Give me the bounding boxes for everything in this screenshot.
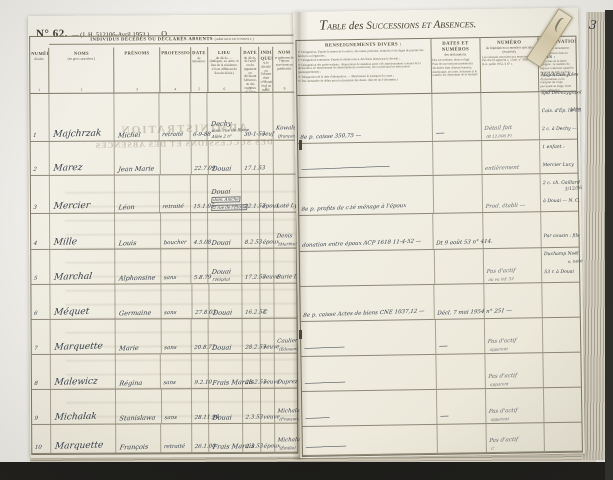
death-place: Douai (209, 414, 242, 421)
cell-liquidation-number: Prod. établi — (483, 174, 541, 212)
header-label: DATE (192, 50, 206, 56)
cell-birthdate: 27.8.03 (192, 284, 209, 318)
cell-surname: Malewicz (51, 355, 116, 389)
right-header-fineprint: 5° Des demandes de délais pour le payeme… (298, 78, 430, 84)
observation-line: Mercier Lucy (542, 153, 579, 172)
cell-profession: retraité (160, 93, 191, 140)
cell-divers-info: 8e p. caisse 350,75 — (297, 94, 432, 143)
death-place: Frais Marais (209, 443, 243, 450)
cell-profession: sans (161, 249, 192, 283)
cell-order-number: 2 (31, 142, 50, 175)
observation-text: apd Demizygopol (541, 91, 581, 97)
table-row: 10MarquetteFrançoisretraité26.1.00Frais … (32, 424, 297, 454)
observation-line: Majchrzak Jules (541, 63, 581, 82)
death-place: Douai (209, 309, 242, 316)
firstname: Marie (116, 344, 161, 352)
surname: Mercier (50, 201, 115, 212)
death-date: 2.3.53 (243, 444, 261, 450)
header-col-number: 4 (160, 87, 190, 91)
cell-order-number: 6 (31, 285, 50, 319)
cell-birthdate: 6-9-88 (190, 93, 207, 140)
liquidation-note: entièrement (483, 164, 540, 172)
header-col-number: 1 (30, 88, 48, 92)
observation-text: 2 c. à Dechy — (542, 127, 577, 133)
marital-status: veuve (261, 380, 275, 386)
cell-divers-info: ————— (301, 355, 436, 391)
right-table: RENSEIGNEMENTS DIVERS :1° Désignation, d… (295, 36, 583, 457)
order-number: 1 (31, 133, 49, 139)
cell-marital-status: veuf (259, 93, 273, 140)
cell-birthdate: 20.8.77 (192, 319, 209, 353)
cell-surname: Marquette (50, 320, 115, 354)
header-subtext: du décès. — (Indiquer, en outre, le lieu… (209, 56, 240, 75)
observation-text: 53 r. à Douai (544, 270, 574, 275)
header-label: NUMÉROS (31, 51, 47, 57)
header-col-number: 2 (49, 88, 114, 92)
birthdate: 27.8.03 (192, 310, 209, 316)
header-col-number: 8 (260, 87, 273, 91)
table-row: 8e p. caisse Actes de biens CNE 1037,12 … (300, 283, 580, 322)
cell-declaration-date: — (432, 93, 483, 141)
firstname: François (116, 443, 161, 451)
table-row: 8e p. caisse 350,75 ——Détail fait(B 12.0… (297, 92, 577, 144)
group-header: INDIVIDUS DÉCÉDÉS OU DÉCLARÉS ABSENTS (a… (49, 37, 295, 45)
cell-death-place: Douail'Hôpital (209, 249, 243, 283)
cell-order-number: 1 (30, 94, 49, 141)
header-col-5: DATEde naissance.5 (191, 47, 208, 92)
profession: retraité (160, 204, 190, 210)
table-row: donation entre époux ACP 1618 11-4-52 —D… (299, 212, 579, 252)
observation-text: Par cousin : fils (544, 234, 580, 240)
liquidation-note-2: apparent (486, 346, 543, 353)
cell-death-place: Douai (209, 389, 243, 423)
marital-status: veuve (261, 415, 275, 421)
birthdate: 5.8.79 (192, 275, 209, 281)
header-col-1: NUMÉROSd'ordre.1 (30, 48, 49, 93)
observation-line: 2 c. à Dechy — (542, 117, 582, 136)
cell-declaration-date: Dt 9 août 53 n° 414. (434, 213, 485, 249)
cell-declaration-date (433, 141, 483, 175)
cell-liquidation-number (484, 212, 542, 248)
registry-left-page: N° 62. — (J. H. 512106-Avril 1953.) O. A… (28, 15, 300, 458)
cell-marital-status: époux (260, 213, 274, 248)
birthdate: 6-9-88 (191, 132, 208, 138)
cell-firstname: François (116, 424, 162, 452)
profession: sans (162, 415, 192, 421)
cell-death-place: Douaidom. Aniche2 rue de l'Étoile (208, 175, 242, 212)
cell-liquidation-number: Détail fait(B 12.000 F) (482, 92, 541, 140)
divers-info: 8e p. caisse Actes de biens CNE 1037,12 … (301, 309, 435, 319)
liquidation-note: Pas d'actif (487, 437, 544, 445)
header-col-8: INDI-QUERsi le décédé ou l'absent était … (259, 47, 273, 92)
cell-order-number: 10 (32, 425, 51, 453)
death-place: Douai (209, 239, 242, 246)
cell-liquidation-number: Pas d'actifau vu inf. 53 (484, 248, 542, 283)
cell-divers-info: 8e p. caisse Actes de biens CNE 1037,12 … (300, 285, 435, 321)
cell-profession: retraité (160, 175, 191, 212)
death-place: Frais Marais (209, 379, 243, 386)
profession: sans (161, 275, 191, 281)
observation-line: apd Demizygopol (541, 81, 581, 100)
observation-lines: 1 fils :Majchrzak Julesapd DemizygopolCa… (541, 45, 583, 136)
right-header-fineprint: Pour les successions (mutations) déclaré… (432, 63, 479, 78)
death-place-note: l'Hôpital (209, 277, 242, 282)
divers-info: ——————————— (299, 161, 433, 175)
margin-note: v. note (568, 259, 583, 265)
cell-birthdate: 26.1.00 (192, 424, 209, 452)
cell-divers-info: ——————————— (298, 142, 433, 177)
order-number: 2 (31, 167, 49, 173)
surname: Majchrzak (49, 129, 114, 140)
cell-divers-info: ————— (303, 425, 438, 455)
cell-death-date: 2.3.53 (243, 424, 261, 452)
table-row: 3MercierLéonretraité15.1.05Douaidom. Ani… (31, 175, 296, 214)
cell-liquidation-number: Pas d'actifapparent (486, 353, 544, 388)
header-col-number: 7 (242, 87, 259, 91)
order-number: 9 (32, 416, 50, 422)
liquidation-note-2: C (487, 445, 544, 452)
cell-declaration-date (434, 249, 484, 284)
cell-death-date: 17.2.53 (242, 249, 260, 283)
cell-divers-info: ——— (302, 390, 437, 426)
divers-info: ————— (303, 439, 437, 453)
declaration-date: — (436, 341, 486, 352)
firstname: Jean Marie (115, 165, 160, 173)
cell-death-place: Douai (209, 284, 243, 318)
table-row: 4MilleLouisboucher4.5.08Douai8.2.53époux… (31, 213, 296, 250)
death-date: 22.1.53 (242, 204, 260, 210)
birthdate: 9.2.10 (192, 380, 209, 386)
table-row: 7MarquetteMariesans20.8.77Douai28.2.53ve… (32, 319, 297, 355)
death-date: 2.3.53 (243, 415, 261, 421)
observation-text: à Douai — N. C. (543, 199, 580, 205)
surname: Michalak (51, 412, 116, 423)
cell-declaration-date: — (435, 319, 485, 354)
group-header-note: (administrativement.) (215, 37, 254, 41)
cell-liquidation-number (485, 283, 543, 318)
cell-order-number: 8 (32, 355, 51, 389)
firstname: Germaine (116, 309, 161, 317)
cell-birthdate: 15.1.05 (191, 175, 208, 212)
death-date: 16.2.53 (243, 310, 261, 316)
table-row: 8e p. profits de c.té ménage à l'épouxPr… (299, 174, 579, 216)
order-number: 7 (32, 346, 50, 352)
cell-marital-status (260, 141, 274, 174)
cell-birthdate: 5.8.79 (192, 249, 209, 283)
cell-firstname: Jean Marie (115, 141, 161, 174)
marital-status: veuve (261, 345, 275, 351)
table-row: 1MajchrzakMichelretraité6-9-88Dechydom. … (30, 93, 295, 142)
header-subtext: de naissance. (192, 57, 206, 65)
liquidation-note: Prod. établi — (483, 202, 540, 210)
cell-death-place: Frais Marais (209, 424, 243, 452)
declaration-date: — (433, 128, 483, 139)
birthdate: 4.5.08 (192, 240, 209, 246)
order-number: 5 (31, 276, 49, 282)
divers-info: 8e p. caisse 350,75 — (298, 131, 432, 141)
cell-divers-info: ————— (301, 320, 436, 356)
cell-liquidation-number: entièrement (482, 140, 540, 174)
surname: Marquette (51, 342, 116, 353)
marital-status: veuf (260, 132, 274, 138)
cell-surname: Marquette (51, 425, 116, 453)
header-label: PRÉNOMS (116, 50, 159, 56)
cell-order-number: 4 (31, 214, 50, 249)
divers-info: 8e p. profits de c.té ménage à l'époux (299, 203, 433, 213)
right-header-fineprint: 3° Désignation des petits-enfants ; disp… (298, 62, 430, 75)
cell-marital-status: veuve (260, 249, 274, 283)
cell-divers-info: 8e p. profits de c.té ménage à l'époux (299, 176, 434, 215)
cell-declaration-date: — (436, 389, 486, 424)
marital-status: époux (261, 444, 275, 450)
divers-info: ————— (301, 340, 435, 354)
cell-death-date: 2.3.53 (243, 389, 261, 423)
order-number: 10 (32, 445, 50, 451)
observation-text: Duchamp Noël (544, 252, 579, 258)
left-table-header: INDIVIDUS DÉCÉDÉS OU DÉCLARÉS ABSENTS (a… (30, 36, 295, 94)
cell-death-date: 8.2.53 (242, 213, 260, 248)
liquidation-note: Pas d'actif (486, 338, 543, 346)
header-col-number: 5 (191, 87, 207, 91)
cell-order-number: 7 (32, 320, 51, 354)
order-number: 8 (32, 381, 50, 387)
cell-firstname: Marie (116, 319, 162, 353)
liquidation-note: Détail fait (482, 125, 539, 133)
order-number: 4 (31, 241, 49, 247)
death-place: Douai (208, 165, 241, 172)
header-col-2: NOMS(en gros caractères.)2 (49, 48, 115, 93)
left-table: INDIVIDUS DÉCÉDÉS OU DÉCLARÉS ABSENTS (a… (29, 35, 298, 455)
header-col-number: 3 (115, 87, 160, 91)
table-row: 2MarezJean Marie22.7.09Douai17.1.53 (31, 141, 296, 176)
birthdate: 20.8.77 (192, 345, 209, 351)
cell-death-date: 30-1-53 (241, 93, 259, 140)
cell-firstname: Michel (114, 93, 160, 140)
cell-declaration-date (436, 354, 486, 389)
table-row: ——————Pas d'actifapparent (301, 318, 581, 357)
header-label: INDI-QUER (260, 50, 271, 61)
cell-liquidation-number: Pas d'actifC (487, 423, 545, 452)
birthdate: 22.7.09 (191, 166, 208, 172)
liquidation-note: Pas d'actif (487, 408, 544, 416)
liquidation-note-2: apparent (487, 416, 544, 423)
divers-info: donation entre époux ACP 1618 11-4-52 — (300, 239, 434, 249)
scan-shadow-right (605, 10, 613, 480)
cell-firstname: Germaine (116, 284, 162, 318)
cell-divers-info (300, 250, 435, 286)
cell-liquidation-number: Pas d'actifapparent (486, 388, 544, 423)
profession: boucher (161, 240, 191, 246)
cell-birthdate: 22.7.09 (191, 141, 208, 174)
table-row: ———————————entièrement (298, 140, 577, 178)
observation-lines: Par cousin : filsDuchamp Noël53 r. à Dou… (543, 224, 580, 279)
header-col-6: LIEUdu décès. — (Indiquer, en outre, le … (208, 47, 242, 92)
cell-profession: sans (161, 354, 192, 388)
cell-surname: Michalak (51, 390, 116, 424)
cell-marital-status: veuve (261, 319, 275, 353)
header-label: LIEU (209, 50, 240, 56)
cell-death-date: 16.2.53 (243, 284, 261, 318)
death-place-note: Allée 2 n° (208, 134, 241, 139)
surname: Malewicz (51, 377, 116, 388)
divers-info: ——— (302, 410, 436, 424)
liquidation-note-2: (B 12.000 F) (482, 133, 539, 140)
cell-observations: 1 fils :Majchrzak Julesapd DemizygopolCa… (539, 92, 577, 140)
cell-profession (161, 141, 192, 174)
cell-surname: Majchrzak (49, 94, 114, 141)
observation-line: 1 enfant : (542, 135, 579, 154)
header-subtext: (en gros caractères.) (50, 57, 113, 61)
death-date: 28.2.53 (243, 380, 261, 386)
cell-declaration-date: Décl. 7 mai 1954 n° 251 — (435, 284, 486, 319)
cell-profession: sans (162, 389, 193, 423)
cell-marital-status: veuve (261, 354, 275, 388)
firstname: Alphonsine (116, 274, 161, 282)
firstname: Michel (115, 131, 160, 139)
cell-birthdate: 28.11.90 (192, 389, 209, 423)
spine-stitch (299, 140, 302, 150)
declaration-date: Décl. 7 mai 1954 n° 251 — (435, 310, 485, 317)
observation-line: Par cousin : fils (543, 224, 579, 243)
surname: Méquet (50, 307, 115, 318)
cell-observations: 1 enfant :Mercier Lucy2 c. ch. Gaillardà… (541, 174, 578, 212)
book-spine (292, 12, 308, 460)
table-row: 9MichalakStanislawasans28.11.90Douai2.3.… (32, 389, 297, 425)
right-header-col-2: DATES ET NUMÉROSdes déclarations.Des suc… (431, 38, 482, 93)
cell-birthdate: 9.2.10 (192, 354, 209, 388)
birthdate: 28.11.90 (192, 415, 209, 421)
surname: Mille (50, 237, 115, 248)
marital-status: veuve (260, 275, 274, 281)
observation-line: Duchamp Noël (544, 242, 580, 261)
cell-profession: boucher (161, 213, 192, 248)
death-date: 28.2.53 (243, 345, 261, 351)
firstname: Régina (116, 379, 161, 387)
cell-marital-status: époux (261, 424, 275, 452)
cell-death-date: 28.2.53 (243, 319, 261, 353)
profession: retraité (162, 444, 192, 450)
marital-status: époux (260, 240, 274, 246)
profession: sans (161, 310, 191, 316)
cell-surname: Marez (50, 142, 116, 175)
cell-order-number: 5 (31, 250, 50, 284)
right-header-col-3: NUMÉROde liquidation ou mention spéciale… (481, 37, 540, 92)
cell-death-place: Dechydom. rue de RomeAllée 2 n° (207, 93, 241, 140)
table-row: 5MarchalAlphonsinesans5.8.79Douail'Hôpit… (31, 249, 296, 285)
table-row: Pas d'actifau vu inf. 53Par cousin : fil… (300, 248, 580, 287)
cell-death-date: 22.1.53 (242, 175, 260, 212)
marital-status: C (261, 310, 275, 316)
declaration-date: — (437, 411, 487, 422)
profession: retraité (160, 132, 190, 138)
cell-surname: Mercier (50, 176, 115, 213)
cell-observations: Par cousin : filsDuchamp Noël53 r. à Dou… (542, 248, 579, 283)
left-table-rows: 1MajchrzakMichelretraité6-9-88Dechydom. … (30, 93, 297, 454)
firstname: Louis (115, 239, 160, 247)
death-place: Douai (209, 344, 242, 351)
cell-firstname: Régina (116, 354, 162, 388)
cell-marital-status: veuve (261, 389, 275, 423)
firstname: Léon (115, 203, 160, 211)
order-number: 3 (31, 205, 49, 211)
right-header-col-1: RENSEIGNEMENTS DIVERS :1° Désignation, d… (296, 39, 431, 95)
header-label: NOMS (50, 51, 113, 57)
cell-firstname: Léon (115, 175, 161, 212)
table-row: —————Pas d'actifC (303, 423, 582, 456)
observation-text: 2 c. ch. Gaillard (543, 181, 580, 187)
cell-observations (543, 318, 580, 353)
cell-observations (545, 423, 582, 452)
observation-text: Majchrzak Jules (541, 73, 578, 79)
death-date: 17.2.53 (242, 275, 260, 281)
cell-surname: Mille (50, 214, 115, 249)
cell-firstname: Louis (115, 213, 161, 248)
cell-death-place: Douai (209, 319, 243, 353)
table-row: —————Pas d'actifapparent (301, 353, 581, 392)
death-place: Dechy (208, 120, 242, 127)
surname: Marez (50, 163, 115, 174)
liquidation-note: Pas d'actif (486, 373, 543, 381)
cell-divers-info: donation entre époux ACP 1618 11-4-52 — (299, 214, 434, 251)
page-title: Table des Successions et Absences. (319, 15, 559, 35)
cell-declaration-date (437, 424, 487, 453)
cell-firstname: Alphonsine (115, 249, 161, 283)
observation-text: Mercier Lucy (543, 163, 574, 168)
header-col-3: PRÉNOMS3 (115, 47, 161, 92)
cell-order-number: 9 (32, 390, 51, 424)
table-row: 8MalewiczRéginasans9.2.10Frais Marais28.… (32, 354, 297, 390)
surname: Marquette (51, 441, 116, 452)
scan-shadow-bottom (0, 462, 613, 480)
firstname: Stanislawa (116, 414, 161, 422)
death-place: Douai (209, 268, 242, 275)
cell-death-date: 28.2.53 (243, 354, 261, 388)
cell-profession: retraité (162, 424, 193, 452)
header-label: PROFESSIONS (161, 50, 189, 56)
registry-right-page: Table des Successions et Absences. RENSE… (293, 8, 585, 458)
spine-stitch (299, 330, 302, 339)
header-subtext: d'ordre. (31, 57, 47, 61)
marital-status: époux (260, 204, 274, 210)
cell-profession: sans (161, 319, 192, 353)
order-number: 6 (32, 311, 50, 317)
cell-death-place: Frais Marais (209, 354, 243, 388)
header-col-7: DATEdu décès, de l'arrêt ou du jugement … (242, 47, 260, 92)
cell-firstname: Stanislawa (116, 389, 162, 423)
declaration-date: Dt 9 août 53 n° 414. (434, 240, 484, 247)
header-col-number: 6 (208, 87, 241, 91)
header-label: DATE (243, 50, 258, 56)
death-date: 17.1.53 (242, 166, 260, 172)
cell-marital-status: époux (260, 175, 274, 212)
cell-order-number: 3 (31, 176, 50, 213)
cell-liquidation-number: Pas d'actifapparent (485, 318, 543, 353)
death-place: Douai (208, 188, 242, 195)
cell-death-date: 17.1.53 (242, 141, 260, 174)
cell-surname: Méquet (50, 285, 116, 319)
table-row: 6MéquetGermainesans27.8.03Douai16.2.53C (31, 284, 296, 320)
death-place-note: dom. Aniche (211, 196, 241, 203)
birthdate: 15.1.05 (191, 204, 208, 210)
death-date: 8.2.53 (242, 240, 260, 246)
cell-death-place: Douai (208, 213, 242, 248)
birthdate: 26.1.00 (192, 444, 209, 450)
liquidation-note: Pas d'actif (485, 268, 542, 276)
cell-birthdate: 4.5.08 (191, 213, 208, 248)
death-date: 30-1-53 (242, 132, 260, 138)
profession: sans (161, 380, 191, 386)
right-table-rows: 8e p. caisse 350,75 ——Détail fait(B 12.0… (297, 92, 582, 456)
